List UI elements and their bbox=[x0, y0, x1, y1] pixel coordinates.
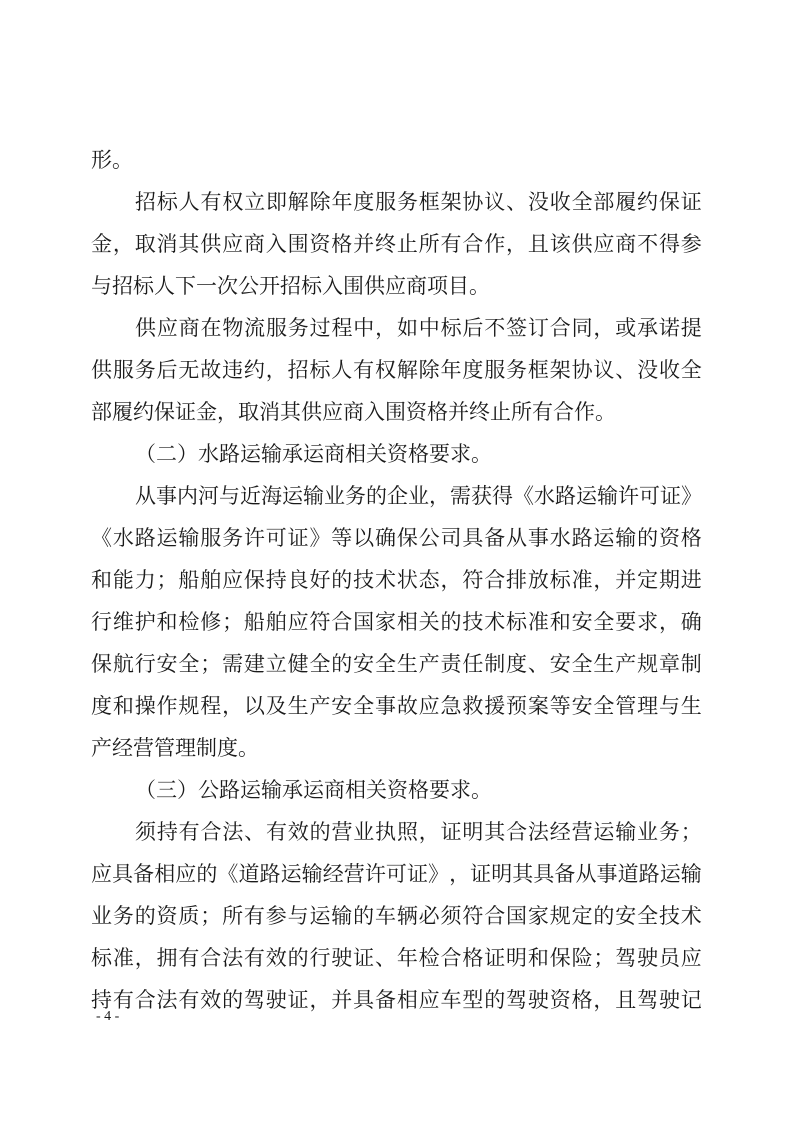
text-line: 和能力；船舶应保持良好的技术状态，符合排放标准，并定期进 bbox=[91, 559, 702, 601]
text-line: 持有合法有效的驾驶证，并具备相应车型的驾驶资格，且驾驶记 bbox=[91, 979, 702, 1021]
paragraph-termination-rights: 招标人有权立即解除年度服务框架协议、没收全部履约保证金，取消其供应商入围资格并终… bbox=[91, 181, 702, 307]
heading-section-3: （三）公路运输承运商相关资格要求。 bbox=[91, 769, 702, 811]
page-number: - 4 - bbox=[96, 1008, 119, 1026]
document-body: 形。招标人有权立即解除年度服务框架协议、没收全部履约保证金，取消其供应商入围资格… bbox=[91, 139, 702, 1021]
text-line: 形。 bbox=[91, 139, 702, 181]
text-line: 标准，拥有合法有效的行驶证、年检合格证明和保险；驾驶员应 bbox=[91, 937, 702, 979]
paragraph-carryover: 形。 bbox=[91, 139, 702, 181]
text-line: 保航行安全；需建立健全的安全生产责任制度、安全生产规章制 bbox=[91, 643, 702, 685]
text-line: 招标人有权立即解除年度服务框架协议、没收全部履约保证 bbox=[91, 181, 702, 223]
text-line: 业务的资质；所有参与运输的车辆必须符合国家规定的安全技术 bbox=[91, 895, 702, 937]
text-line: 《水路运输服务许可证》等以确保公司具备从事水路运输的资格 bbox=[91, 517, 702, 559]
text-line: 与招标人下一次公开招标入围供应商项目。 bbox=[91, 265, 702, 307]
text-line: 从事内河与近海运输业务的企业，需获得《水路运输许可证》 bbox=[91, 475, 702, 517]
text-line: 供应商在物流服务过程中，如中标后不签订合同，或承诺提 bbox=[91, 307, 702, 349]
text-line: （二）水路运输承运商相关资格要求。 bbox=[91, 433, 702, 475]
text-line: （三）公路运输承运商相关资格要求。 bbox=[91, 769, 702, 811]
paragraph-road-transport-requirements: 须持有合法、有效的营业执照，证明其合法经营运输业务；应具备相应的《道路运输经营许… bbox=[91, 811, 702, 1021]
text-line: 行维护和检修；船舶应符合国家相关的技术标准和安全要求，确 bbox=[91, 601, 702, 643]
text-line: 供服务后无故违约，招标人有权解除年度服务框架协议、没收全 bbox=[91, 349, 702, 391]
text-line: 产经营管理制度。 bbox=[91, 727, 702, 769]
heading-section-2: （二）水路运输承运商相关资格要求。 bbox=[91, 433, 702, 475]
text-line: 须持有合法、有效的营业执照，证明其合法经营运输业务； bbox=[91, 811, 702, 853]
text-line: 应具备相应的《道路运输经营许可证》，证明其具备从事道路运输 bbox=[91, 853, 702, 895]
text-line: 部履约保证金，取消其供应商入围资格并终止所有合作。 bbox=[91, 391, 702, 433]
paragraph-water-transport-requirements: 从事内河与近海运输业务的企业，需获得《水路运输许可证》《水路运输服务许可证》等以… bbox=[91, 475, 702, 769]
text-line: 度和操作规程，以及生产安全事故应急救援预案等安全管理与生 bbox=[91, 685, 702, 727]
text-line: 金，取消其供应商入围资格并终止所有合作，且该供应商不得参 bbox=[91, 223, 702, 265]
paragraph-supplier-breach: 供应商在物流服务过程中，如中标后不签订合同，或承诺提供服务后无故违约，招标人有权… bbox=[91, 307, 702, 433]
